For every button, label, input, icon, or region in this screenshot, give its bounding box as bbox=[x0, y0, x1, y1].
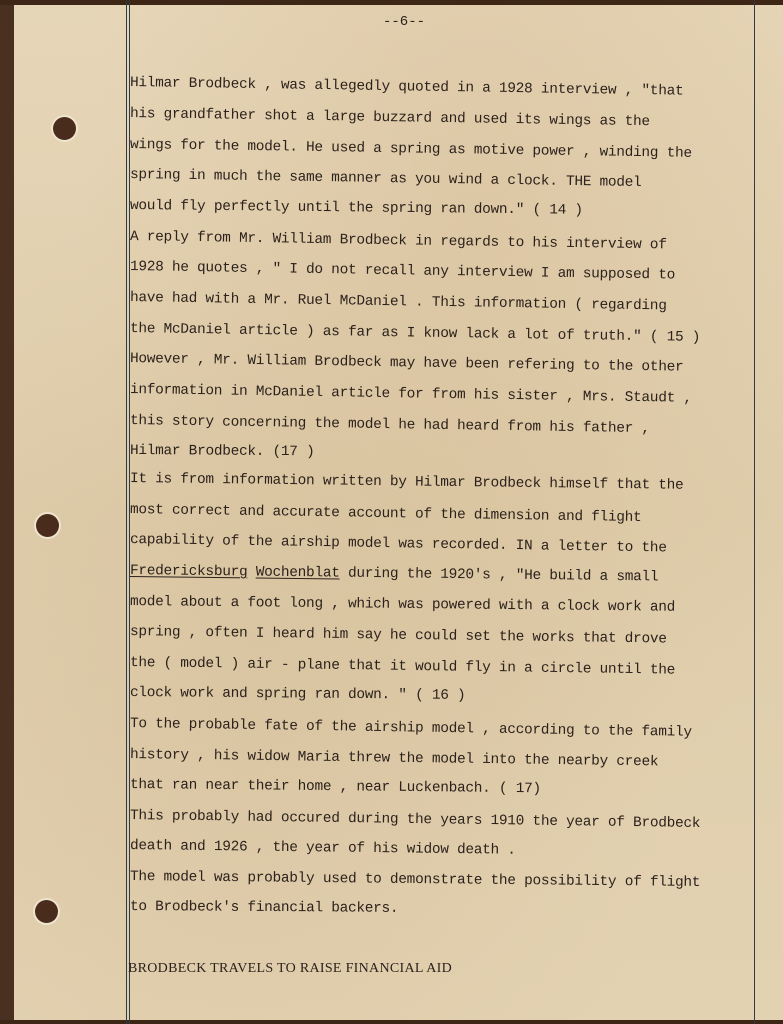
punch-hole-bottom bbox=[35, 900, 58, 923]
page-number: --6-- bbox=[383, 14, 425, 30]
right-margin-rule bbox=[754, 0, 755, 1024]
underlined-title: Fredericksburg bbox=[130, 563, 248, 580]
underlined-title: Wochenblat bbox=[256, 565, 340, 582]
punch-hole-middle bbox=[36, 514, 59, 537]
text-span bbox=[247, 564, 256, 580]
text-line: Hilmar Brodbeck. (17 ) bbox=[130, 443, 315, 460]
section-heading: BRODBECK TRAVELS TO RAISE FINANCIAL AID bbox=[128, 961, 452, 977]
punch-hole-top bbox=[53, 117, 76, 140]
page-bottom-edge bbox=[0, 1020, 783, 1024]
page-top-edge bbox=[0, 0, 783, 5]
text-line: to Brodbeck's financial backers. bbox=[130, 899, 398, 917]
left-margin-rule bbox=[126, 0, 127, 1024]
text-line: clock work and spring ran down. " ( 16 ) bbox=[130, 685, 466, 704]
